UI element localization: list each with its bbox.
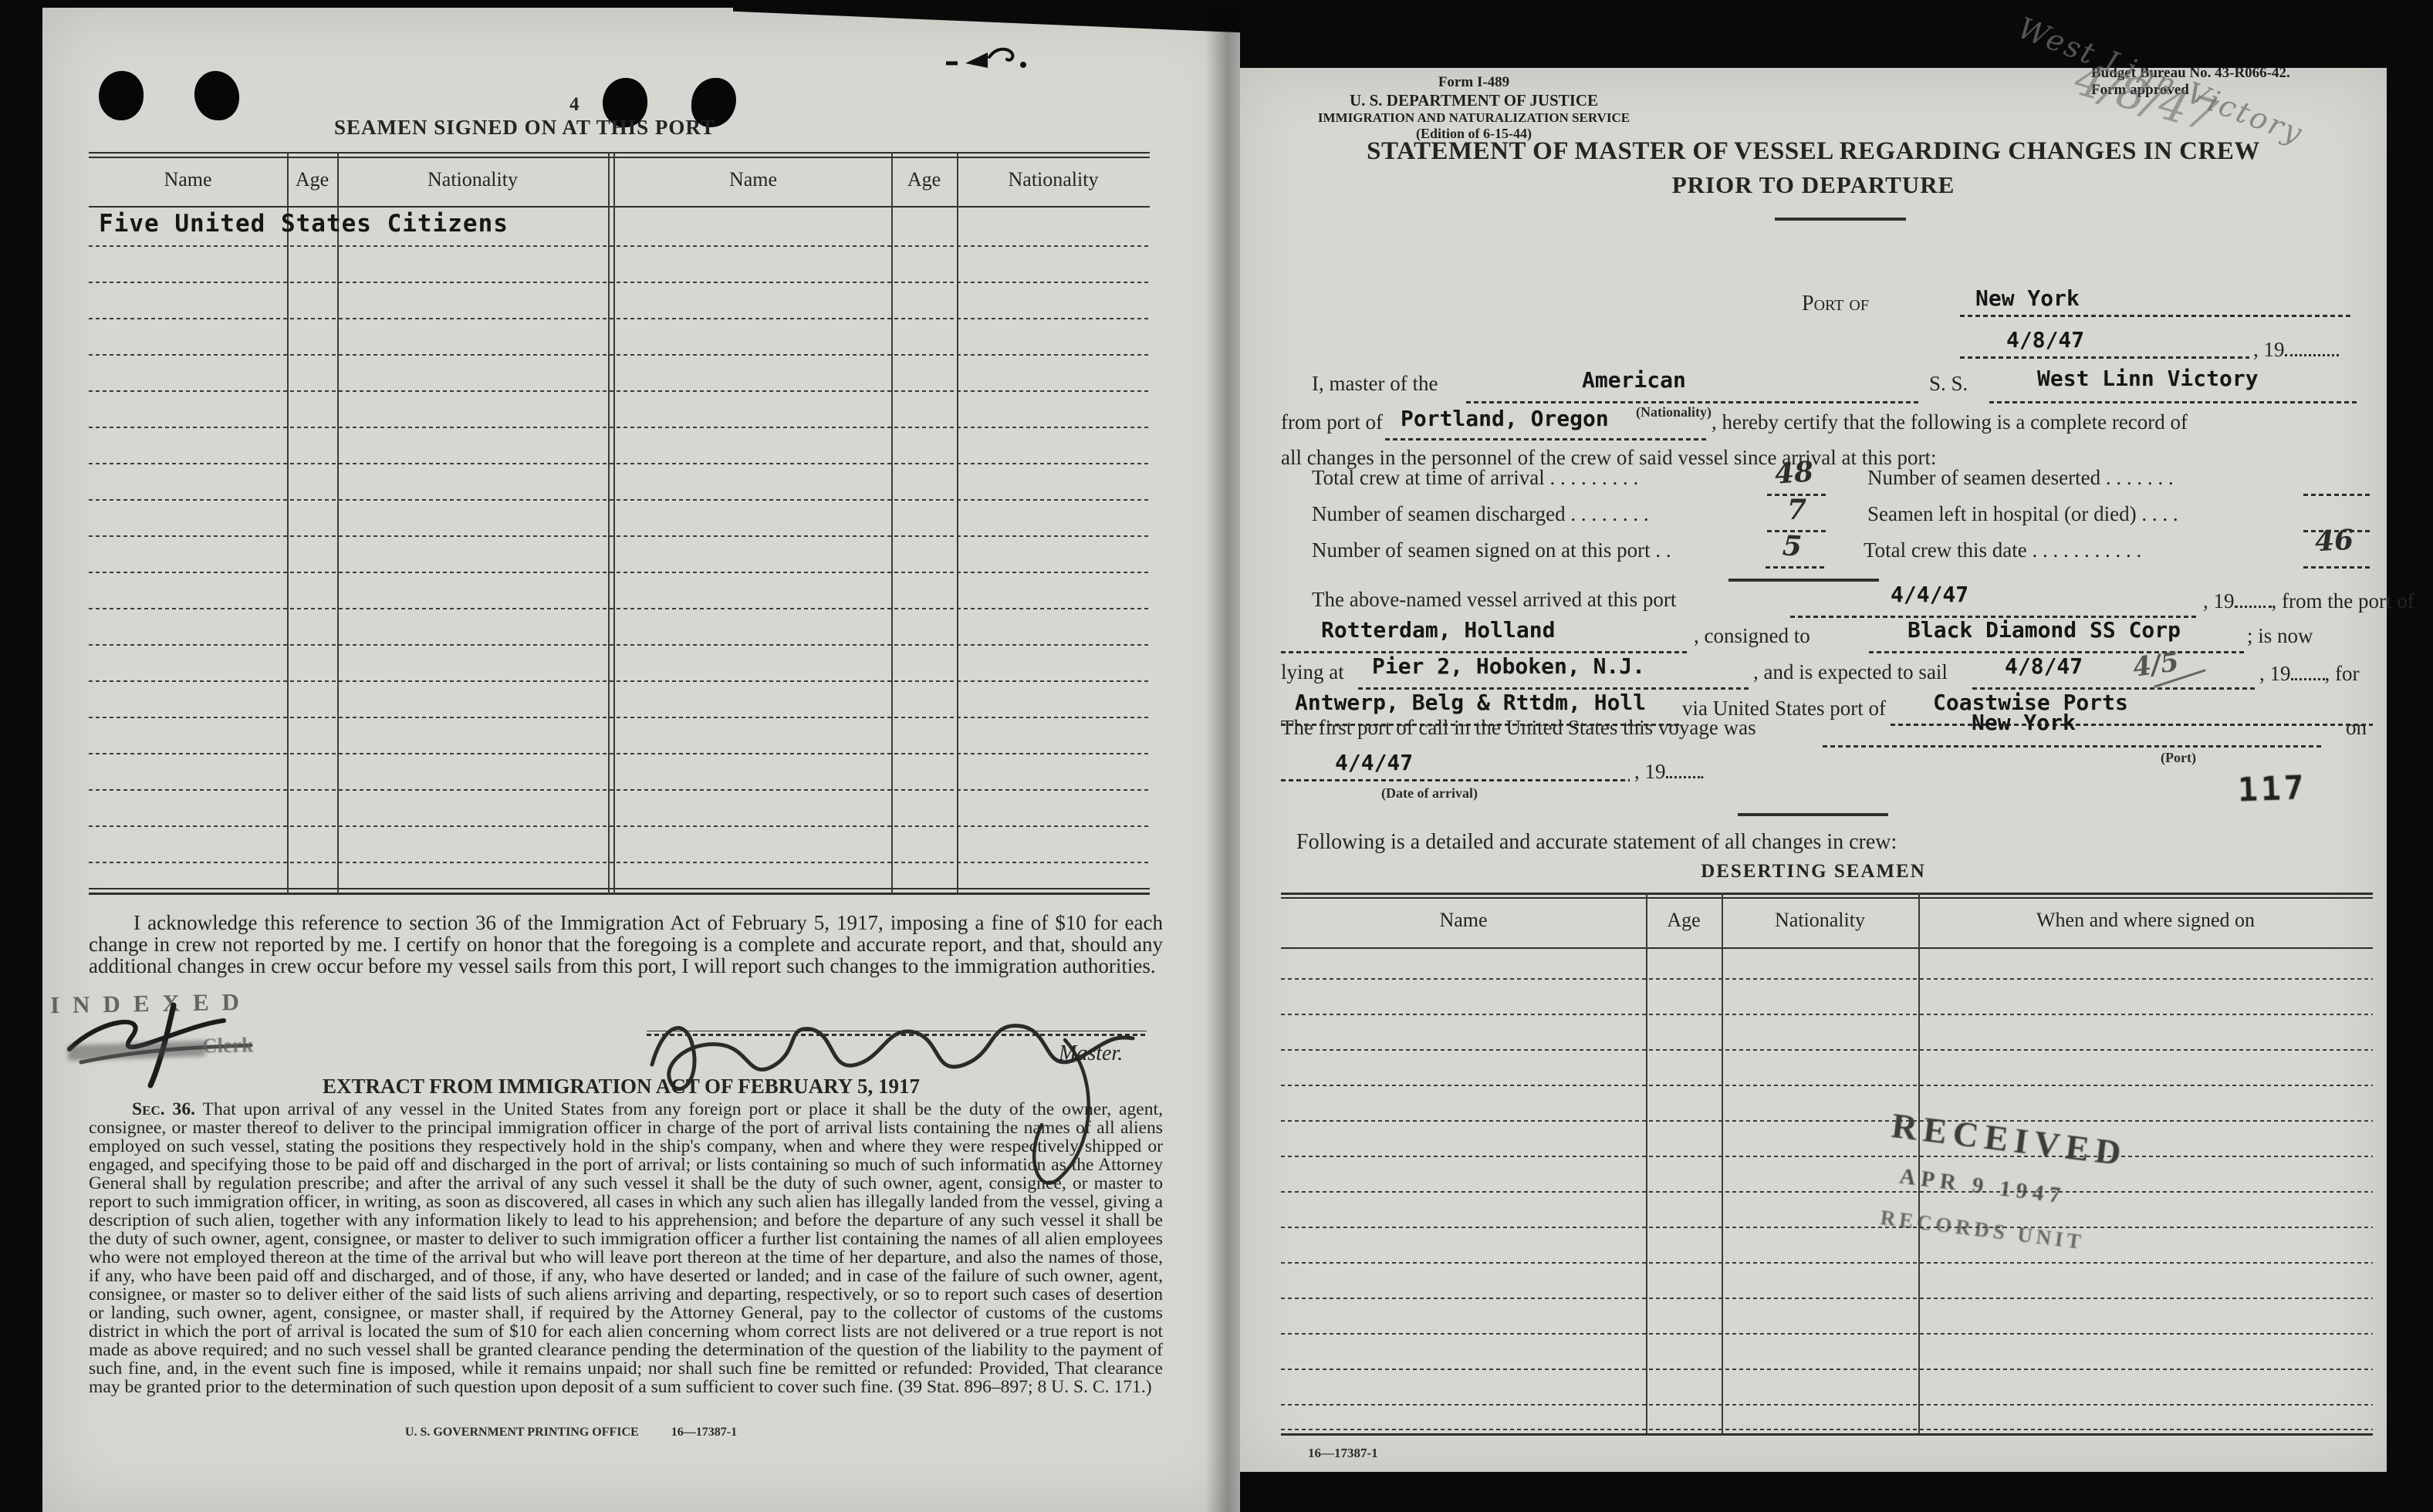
stat-total-arrival-value: 48: [1774, 455, 1815, 490]
sec36-paragraph: Sec. 36. That upon arrival of any vessel…: [89, 1100, 1163, 1396]
vessel-line: [1989, 401, 2360, 403]
table-row-line: [1281, 1404, 2373, 1406]
left-table-vline: [891, 152, 893, 895]
firstport-label: The first port of call in the United Sta…: [1281, 716, 1756, 740]
table-row-line: [1281, 1049, 2373, 1051]
firstport-value: New York: [1972, 710, 2076, 735]
form-header-block: Form I-489 U. S. DEPARTMENT OF JUSTICE I…: [1312, 74, 1636, 142]
arr3-year: , 19: [2259, 662, 2291, 685]
stat-totaldate-line: [2303, 566, 2373, 569]
table-row-line: [1281, 1227, 2373, 1228]
viaport-line: [1891, 724, 2373, 726]
left-col-header-age-2: Age: [891, 168, 957, 191]
arr3-for: , for: [2325, 662, 2360, 685]
table-row-line: [89, 862, 1150, 863]
punch-hole: [194, 71, 239, 120]
table-row-line: [1281, 1156, 2373, 1157]
printing-office-label: U. S. GOVERNMENT PRINTING OFFICE: [405, 1426, 639, 1439]
year-label: , 19: [2253, 338, 2285, 361]
left-table-vline: [337, 152, 339, 895]
stat-totaldate-label: Total crew this date . . . . . . . . . .…: [1864, 538, 2141, 562]
left-table-vline: [287, 152, 289, 895]
doa-blank: [1666, 758, 1700, 778]
arr1-year: , 19: [2203, 589, 2235, 613]
firstport-caption: (Port): [2161, 750, 2196, 766]
arrival-date-caption: (Date of arrival): [1381, 785, 1478, 802]
table-row-line: [89, 572, 1150, 573]
title-rule: [1775, 218, 1906, 221]
master-pre: I, master of the: [1312, 372, 1438, 396]
deserting-seamen-heading: DESERTING SEAMEN: [1281, 861, 2346, 883]
table-row-line: [89, 390, 1150, 392]
right-col-header-signedon: When and where signed on: [1918, 909, 2373, 932]
vessel-value: West Linn Victory: [2037, 366, 2259, 391]
destination-value: Antwerp, Belg & Rttdm, Holl: [1295, 690, 1646, 715]
right-table-top-rule: [1281, 893, 2373, 895]
punch-hole: [99, 71, 144, 120]
lyingat-label: lying at: [1281, 660, 1344, 684]
table-row-line: [89, 282, 1150, 283]
table-row-line: [1281, 1298, 2373, 1299]
year-blank: [2285, 336, 2339, 356]
signature-line: [647, 1031, 1147, 1031]
master-label: Master.: [1059, 1041, 1123, 1066]
statement-date-value: 4/8/47: [2006, 327, 2084, 353]
sail-date-value: 4/8/47: [2005, 653, 2083, 679]
left-table-vline-double: [613, 152, 615, 895]
arrival-date-rest: , 19.: [1634, 758, 1705, 784]
following-statement: Following is a detailed and accurate sta…: [1296, 830, 1897, 855]
consigned-value: Black Diamond SS Corp: [1908, 617, 2181, 643]
arr1-blank: [2235, 588, 2272, 608]
stat-discharged-value: 7: [1787, 494, 1806, 526]
table-row-line: [89, 825, 1150, 827]
right-col-header-name: Name: [1281, 909, 1646, 932]
nationality-line: [1466, 401, 1921, 403]
table-row-line: [89, 463, 1150, 464]
print-code-left: 16—17387-1: [671, 1426, 737, 1439]
left-col-header-nationality-1: Nationality: [337, 168, 608, 191]
stat-signedon-value: 5: [1782, 529, 1803, 562]
left-table-header-rule: [89, 206, 1150, 208]
fromport-value: Portland, Oregon: [1401, 406, 1609, 431]
ss-label: S. S.: [1929, 372, 1968, 396]
stat-discharged-label: Number of seamen discharged . . . . . . …: [1312, 502, 1649, 526]
lyingat-value: Pier 2, Hoboken, N.J.: [1372, 653, 1645, 679]
stat-total-arrival-label: Total crew at time of arrival . . . . . …: [1312, 466, 1638, 490]
left-table-vline: [957, 152, 958, 895]
arrived-label: The above-named vessel arrived at this p…: [1312, 588, 1676, 612]
port-of-value: New York: [1975, 285, 2080, 311]
fromport-rest: , hereby certify that the following is a…: [1712, 410, 2188, 434]
clerk-label: Clerk: [202, 1033, 254, 1058]
table-row-line: [89, 535, 1150, 537]
table-row-line: [89, 789, 1150, 791]
left-table-top-rule2: [89, 157, 1150, 158]
department-name: U. S. DEPARTMENT OF JUSTICE: [1312, 91, 1636, 110]
left-col-header-name-1: Name: [89, 168, 287, 191]
section-rule-1: [1728, 579, 1879, 582]
fromport-label: from port of: [1281, 410, 1383, 434]
received-stamp-line2: APR 9 1947: [1898, 1164, 2123, 1217]
stat-signedon-line: [1766, 566, 1827, 569]
right-col-header-age: Age: [1646, 909, 1722, 932]
left-table-top-rule: [89, 152, 1150, 154]
form-title-line2: PRIOR TO DEPARTURE: [1281, 171, 2346, 199]
port-of-line: [1960, 315, 2354, 317]
fromport-city-value: Rotterdam, Holland: [1321, 617, 1555, 643]
nationality-value: American: [1582, 367, 1686, 393]
stamp-117: 117: [2237, 768, 2307, 809]
extract-heading: EXTRACT FROM IMMIGRATION ACT OF FEBRUARY…: [231, 1075, 1011, 1099]
ink-arrow-mark: [940, 42, 1036, 79]
table-row-line: [89, 608, 1150, 609]
statement-date-line: [1960, 356, 2249, 359]
doa-year: , 19: [1634, 760, 1666, 783]
left-col-header-nationality-2: Nationality: [957, 168, 1150, 191]
arrival-date-value: 4/4/47: [1335, 750, 1413, 775]
fromport-line: [1385, 438, 1709, 440]
table-row-line: [89, 644, 1150, 646]
left-page-title: SEAMEN SIGNED ON AT THIS PORT: [320, 116, 729, 140]
arr1-fromport: , from the port of: [2272, 589, 2414, 613]
table-row-line: [89, 245, 1150, 247]
firstport-line: [1823, 745, 2324, 748]
port-of-label: Port of: [1802, 292, 1869, 316]
stat-totaldate-value: 46: [2314, 524, 2354, 559]
sec36-text: That upon arrival of any vessel in the U…: [89, 1099, 1163, 1397]
service-name: IMMIGRATION AND NATURALIZATION SERVICE: [1312, 110, 1636, 126]
stat-signedon-label: Number of seamen signed on at this port …: [1312, 538, 1671, 562]
right-table-bottom-rule: [1281, 1433, 2373, 1436]
stat-hospital-label: Seamen left in hospital (or died) . . . …: [1867, 502, 2178, 526]
table-row-line: [89, 753, 1150, 754]
form-number: Form I-489: [1312, 74, 1636, 91]
table-row-line: [89, 354, 1150, 356]
sec36-lead: Sec. 36.: [132, 1099, 195, 1119]
isnow-label: ; is now: [2247, 624, 2313, 648]
left-col-header-name-2: Name: [615, 168, 891, 191]
signature-line-dashed: [647, 1034, 1148, 1036]
arr3-blank: [2291, 660, 2325, 680]
table-row-line: [89, 499, 1150, 501]
print-code-right: 16—17387-1: [1308, 1446, 1378, 1461]
right-table-bottom-dashed: [1281, 1429, 2373, 1430]
consigned-label: , consigned to: [1694, 624, 1810, 648]
nationality-caption: (Nationality): [1636, 404, 1712, 420]
arrival-date-line: [1281, 779, 1630, 781]
seamen-signed-entry: Five United States Citizens: [99, 210, 509, 238]
arrived-rest: , 19, from the port of: [2203, 588, 2414, 613]
expectedsail-label: , and is expected to sail: [1753, 660, 1948, 684]
printing-office-footer: U. S. GOVERNMENT PRINTING OFFICE 16—1738…: [324, 1426, 818, 1439]
left-table-bottom-rule2: [89, 893, 1150, 895]
table-row-line: [1281, 1262, 2373, 1264]
table-row-line: [89, 680, 1150, 682]
right-table-top-rule2: [1281, 897, 2373, 899]
table-row-line: [89, 318, 1150, 319]
sail-date-handwritten: 4/5: [2131, 646, 2181, 683]
table-row-line: [89, 427, 1150, 428]
section-rule-2: [1738, 813, 1888, 816]
right-table-vline: [1722, 893, 1723, 1433]
form-title-line1: STATEMENT OF MASTER OF VESSEL REGARDING …: [1281, 137, 2346, 166]
statement-year: , 19: [2253, 336, 2339, 362]
right-table-vline: [1646, 893, 1647, 1433]
table-row-line: [1281, 1333, 2373, 1335]
table-row-line: [1281, 1120, 2373, 1122]
table-row-line: [1281, 978, 2373, 980]
table-row-line: [1281, 1369, 2373, 1370]
sail-rest: , 19, for: [2259, 660, 2359, 686]
table-row-line: [89, 717, 1150, 718]
right-table-header-rule: [1281, 947, 2373, 949]
right-col-header-nationality: Nationality: [1722, 909, 1918, 932]
page-number: 4: [569, 94, 580, 116]
table-row-line: [1281, 1014, 2373, 1015]
firstport-on: on: [2346, 716, 2367, 740]
doa-period: .: [1700, 760, 1705, 783]
left-table-bottom-rule: [89, 888, 1150, 889]
table-row-line: [1281, 1085, 2373, 1086]
stat-deserted-label: Number of seamen deserted . . . . . . .: [1867, 466, 2174, 490]
arrived-date-value: 4/4/47: [1891, 582, 1968, 607]
stat-deserted-line: [2303, 494, 2373, 496]
table-row-line: [1281, 1191, 2373, 1193]
left-col-header-age-1: Age: [287, 168, 337, 191]
left-table-vline-double: [608, 152, 610, 895]
